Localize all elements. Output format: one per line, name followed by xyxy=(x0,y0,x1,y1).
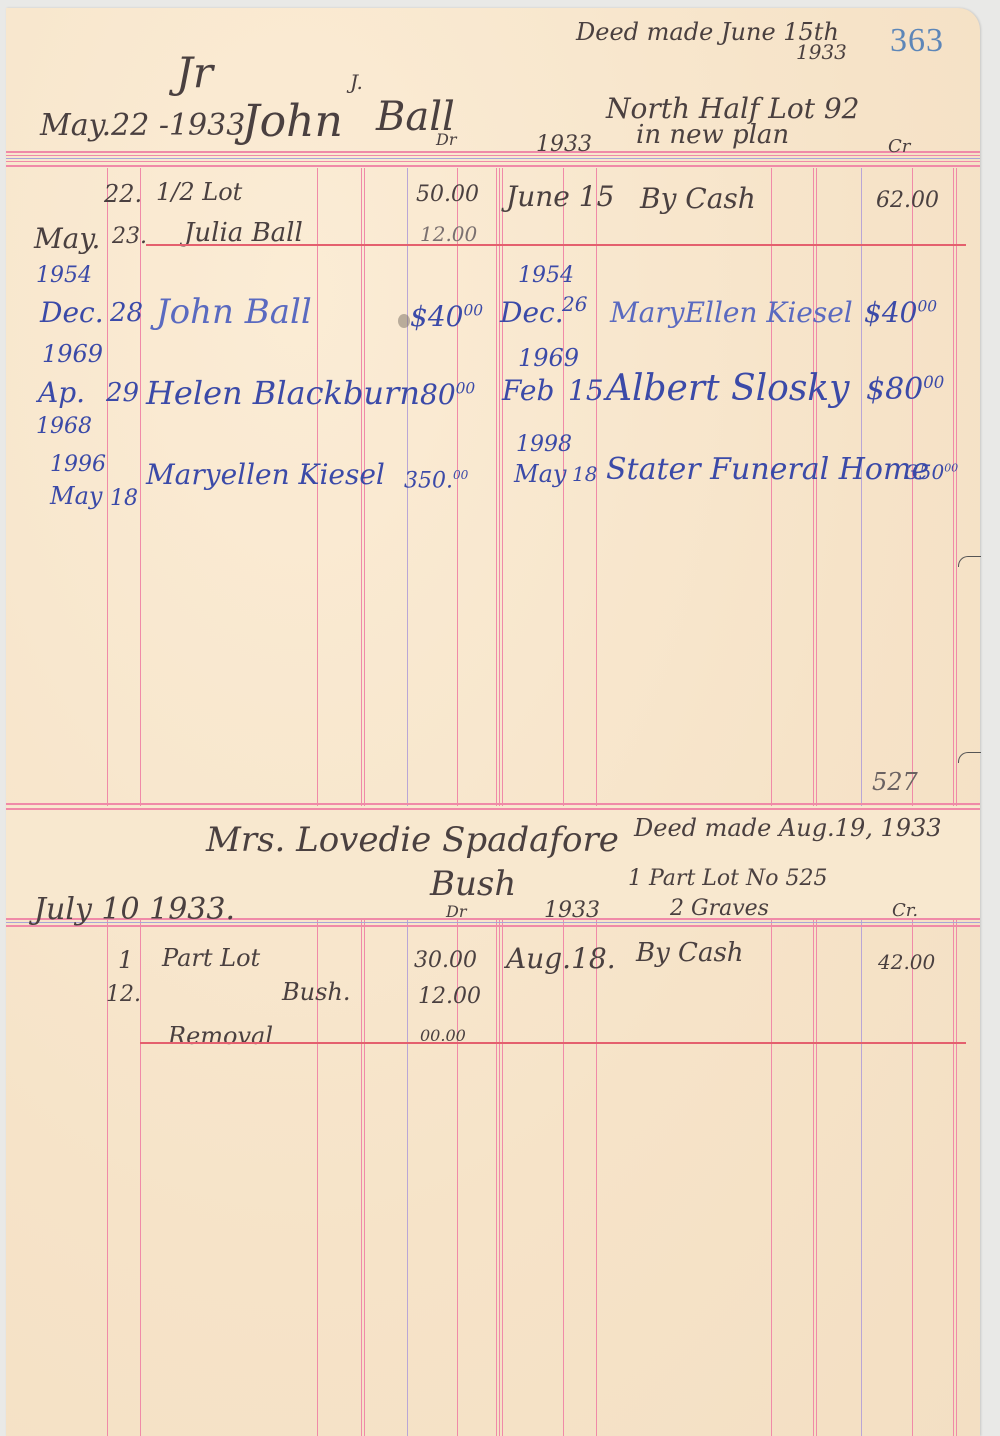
deed-year: 1933 xyxy=(796,40,847,64)
credit-year: 1933 xyxy=(536,132,592,157)
ruling-line xyxy=(771,168,772,1436)
credit-desc: By Cash xyxy=(636,938,744,968)
lot-description-line2: 2 Graves xyxy=(670,896,769,921)
ruling-line xyxy=(953,168,954,1436)
transfer-amount: $4000 xyxy=(864,296,937,329)
transfer-year: 1969 xyxy=(42,340,103,368)
ruling-line xyxy=(861,168,862,1436)
ruling-line xyxy=(317,168,318,1436)
ruling-line xyxy=(457,168,458,1436)
credit-amount: 42.00 xyxy=(878,950,935,974)
transfer-year: 1998 xyxy=(516,432,572,457)
transfer-day: 18 xyxy=(110,486,138,511)
transfer-amount: 8000 xyxy=(420,378,475,411)
transfer-amount: $4000 xyxy=(410,300,483,333)
credit-date: Aug.18. xyxy=(506,942,616,975)
lot-description-line2: in new plan xyxy=(636,120,789,150)
credit-amount: 62.00 xyxy=(876,188,939,213)
credit-label: Cr. xyxy=(892,900,918,921)
ruling-line xyxy=(364,168,365,1436)
ink-blot xyxy=(398,314,410,328)
ruling-line xyxy=(813,168,814,1436)
ruling-line xyxy=(816,168,817,1436)
transfer-year: 1996 xyxy=(50,452,106,477)
debit-amount: 12.00 xyxy=(418,984,481,1009)
ruling-line xyxy=(361,168,362,1436)
total-underline xyxy=(146,244,966,246)
tab-mark xyxy=(958,752,981,763)
debit-desc: Bush. xyxy=(282,978,351,1006)
credit-year: 1933 xyxy=(544,898,600,923)
transfer-amount: 35000 xyxy=(906,460,958,484)
debit-desc: 1/2 Lot xyxy=(156,178,242,206)
debit-label: Dr xyxy=(436,130,456,149)
lot-description-line1: 1 Part Lot No 525 xyxy=(628,866,827,891)
debit-day: 1 xyxy=(118,946,133,974)
transfer-month: Ap. xyxy=(38,376,85,409)
debit-month: May. xyxy=(34,222,100,255)
footer-number: 527 xyxy=(872,768,918,796)
transfer-name: John Ball xyxy=(156,292,312,332)
ruling-line xyxy=(140,168,141,1436)
credit-label: Cr xyxy=(888,136,910,157)
transfer-year: 1954 xyxy=(36,263,92,288)
account-date: May.22 -1933 xyxy=(40,108,245,143)
transfer-amount: $8000 xyxy=(866,372,944,407)
transfer-name: Helen Blackburn xyxy=(146,374,420,412)
ruling-line xyxy=(912,168,913,1436)
tab-mark xyxy=(958,556,981,567)
ruling-line xyxy=(502,168,503,1436)
transfer-day: 18 xyxy=(572,462,597,486)
transfer-name: Stater Funeral Home xyxy=(606,452,929,487)
debit-day: 22. xyxy=(104,180,142,208)
transfer-year-crossed: 1968 xyxy=(36,414,92,439)
ruling-line xyxy=(107,168,108,1436)
account-name: Mrs. Lovedie Spadafore xyxy=(206,820,619,860)
credit-date: June 15 xyxy=(506,180,614,213)
transfer-month: May xyxy=(50,482,102,510)
transfer-name: Maryellen Kiesel xyxy=(146,458,385,491)
ruling-line xyxy=(496,168,497,1436)
ruling-line xyxy=(956,168,957,1436)
debit-day: 23. xyxy=(112,224,147,249)
debit-desc: Removal xyxy=(168,1022,273,1050)
deed-note: Deed made Aug.19, 1933 xyxy=(634,814,942,842)
debit-amount: 30.00 xyxy=(414,948,477,973)
account-date: July 10 1933. xyxy=(34,892,235,927)
ruling-line xyxy=(407,168,408,1436)
account-name-first: John xyxy=(242,96,343,147)
account-name-line2: Bush xyxy=(430,864,516,904)
transfer-month: Dec. xyxy=(500,296,564,329)
transfer-name: Albert Slosky xyxy=(606,368,849,409)
debit-label: Dr xyxy=(446,902,466,921)
transfer-month: Dec. xyxy=(40,296,104,329)
transfer-amount: 350.00 xyxy=(404,468,468,493)
transfer-day: 29 xyxy=(106,378,139,408)
credit-desc: By Cash xyxy=(640,182,756,215)
transfer-day: 15 xyxy=(568,374,604,407)
transfer-year: 1969 xyxy=(518,344,579,372)
ledger-page: 363 Jr May.22 -1933 John J. Ball Dr Deed… xyxy=(6,8,980,1436)
debit-amount: 12.00 xyxy=(420,222,477,246)
transfer-name: MaryEllen Kiesel xyxy=(610,296,853,329)
page-number-stamp: 363 xyxy=(890,22,944,60)
transfer-year: 1954 xyxy=(518,263,574,288)
ruling-line xyxy=(499,168,500,1436)
debit-day: 12. xyxy=(106,982,141,1007)
transfer-month: Feb xyxy=(502,374,554,407)
transfer-month: May xyxy=(514,460,566,488)
ruling-line xyxy=(596,168,597,1436)
initial-mark: Jr xyxy=(176,48,213,97)
middle-initial: J. xyxy=(350,70,363,94)
transfer-day: 26 xyxy=(562,292,587,316)
debit-desc: Part Lot xyxy=(162,944,260,972)
transfer-day: 28 xyxy=(110,298,143,328)
debit-amount: 50.00 xyxy=(416,182,479,207)
total-underline xyxy=(140,1042,966,1044)
